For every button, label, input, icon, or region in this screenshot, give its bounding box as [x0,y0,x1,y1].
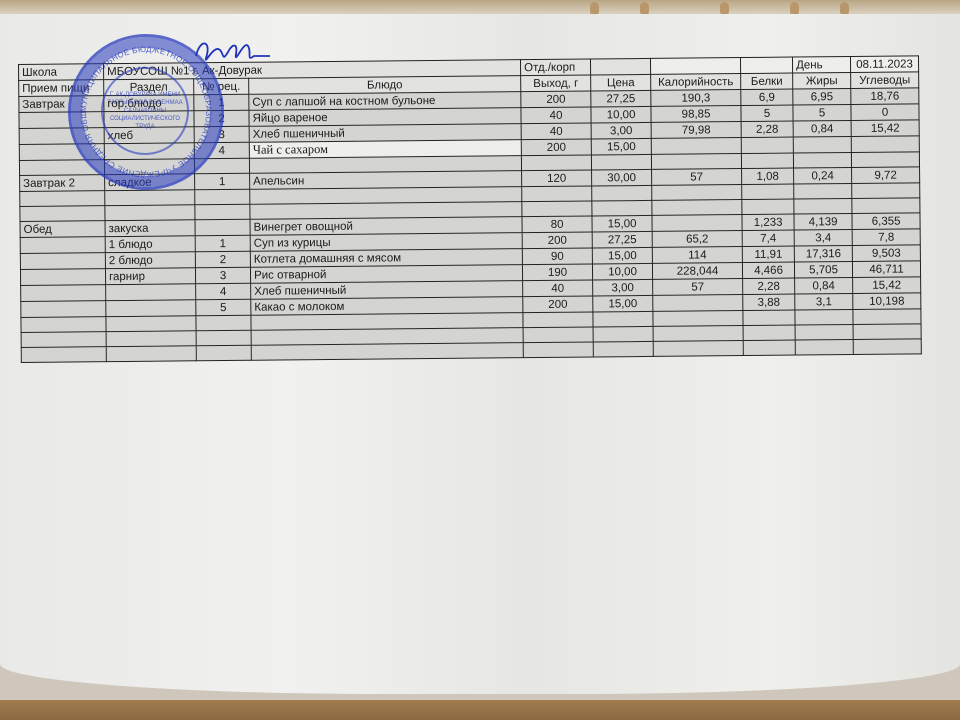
meal-cell [19,160,104,176]
calories-cell: 190,3 [651,90,741,107]
day-label: День [793,57,851,74]
section-cell [104,143,194,160]
carbs-cell: 15,42 [853,277,921,294]
col-header-fat: Жиры [793,73,851,90]
desk-surface [0,700,960,720]
col-header-protein: Белки [741,73,793,89]
price-cell: 30,00 [592,169,652,186]
protein-cell [743,325,795,340]
yield-cell: 90 [522,248,592,265]
carbs-cell: 10,198 [853,293,921,310]
recipe-cell [195,204,250,220]
protein-cell: 6,9 [741,89,793,105]
price-cell [593,311,653,327]
protein-cell: 7,4 [742,230,794,246]
meal-cell [19,112,104,129]
menu-table: Школа МБОУСОШ №1 г. Ак-Довурак Отд./корп… [18,55,922,363]
yield-cell: 200 [521,91,591,108]
price-cell [592,200,652,216]
col-header-recipe: № рец. [194,78,249,95]
calories-cell [653,326,743,342]
fat-cell: 3,1 [795,293,853,310]
protein-cell [741,153,793,168]
recipe-cell [194,158,249,174]
recipe-cell: 4 [194,142,249,159]
fat-cell: 0,24 [794,168,852,185]
recipe-cell: 3 [194,126,249,143]
meal-cell [20,253,105,270]
meal-cell [21,317,106,333]
price-cell: 15,00 [593,295,653,312]
col-header-yield: Выход, г [521,75,591,92]
section-cell [105,190,195,206]
col-header-meal: Прием пищи [19,80,104,97]
carbs-cell [852,198,920,214]
calories-cell [653,311,743,327]
yield-cell: 200 [521,139,591,156]
calories-cell: 79,98 [651,122,741,139]
calories-cell: 114 [652,247,742,264]
yield-cell [522,201,592,217]
calories-cell [653,341,743,357]
carbs-cell: 9,503 [852,245,920,262]
meal-cell [21,301,106,318]
meal-cell [19,144,104,161]
price-cell: 27,25 [592,231,652,248]
fat-cell: 5 [793,105,851,122]
department-label: Отд./корп [521,59,591,76]
fat-cell [795,309,853,325]
fat-cell: 3,4 [794,230,852,247]
meal-cell [20,206,105,222]
yield-cell [521,155,591,171]
protein-cell [743,310,795,325]
recipe-cell [196,330,251,346]
section-cell [106,284,196,301]
calories-cell: 57 [653,279,743,296]
section-cell [106,331,196,347]
carbs-cell: 46,711 [852,261,920,278]
yield-cell [523,312,593,328]
section-cell [104,111,194,128]
calories-cell: 228,044 [652,263,742,280]
section-cell [106,316,196,332]
recipe-cell: 2 [195,251,250,268]
recipe-cell [195,189,250,205]
fat-cell [795,339,853,355]
protein-cell: 4,466 [742,262,794,278]
yield-cell: 40 [521,123,591,140]
carbs-cell [853,339,921,355]
yield-cell: 190 [522,264,592,281]
yield-cell [522,186,592,202]
carbs-cell: 15,42 [851,120,919,137]
price-cell: 27,25 [591,90,651,107]
col-header-section: Раздел [104,79,194,96]
price-cell [592,185,652,201]
section-cell: 1 блюдо [105,236,195,253]
calories-cell [652,215,742,232]
recipe-cell: 1 [195,173,250,190]
fat-cell: 0,84 [793,121,851,138]
fat-cell [794,184,852,200]
carbs-cell: 18,76 [851,88,919,105]
menu-document: Школа МБОУСОШ №1 г. Ак-Довурак Отд./корп… [18,55,921,363]
protein-cell: 3,88 [743,294,795,310]
yield-cell: 80 [522,216,592,233]
calories-cell [652,200,742,216]
price-cell: 10,00 [592,263,652,280]
meal-cell [21,332,106,348]
yield-cell: 40 [523,280,593,297]
price-cell [591,154,651,170]
carbs-cell: 0 [851,104,919,121]
fat-cell [793,153,851,169]
recipe-cell: 5 [196,299,251,316]
protein-cell: 11,91 [742,246,794,262]
recipe-cell: 2 [194,110,249,127]
protein-cell: 1,233 [742,214,794,230]
yield-cell [523,327,593,343]
protein-cell [742,199,794,214]
protein-cell: 2,28 [743,278,795,294]
carbs-cell: 6,355 [852,213,920,230]
section-cell: сладкое [105,174,195,191]
section-cell: гарнир [105,268,195,285]
carbs-cell [852,183,920,199]
calories-cell: 57 [652,169,742,186]
recipe-cell: 1 [195,235,250,252]
recipe-cell [196,345,251,361]
price-cell [593,341,653,357]
price-cell: 15,00 [592,215,652,232]
price-cell: 10,00 [591,106,651,123]
date-value: 08.11.2023 [850,56,918,73]
price-cell: 15,00 [592,247,652,264]
fat-cell: 0,84 [795,277,853,294]
protein-cell: 2,28 [741,121,793,137]
section-cell: закуска [105,220,195,237]
carbs-cell [851,152,919,168]
carbs-cell [851,136,919,153]
section-cell [104,159,194,175]
blank-cell [651,58,741,75]
protein-cell: 5 [741,105,793,121]
carbs-cell: 9,72 [852,167,920,184]
meal-cell [20,237,105,254]
section-cell: хлеб [104,127,194,144]
calories-cell [651,154,741,170]
protein-cell [742,184,794,199]
recipe-cell [196,315,251,331]
section-cell [106,346,196,362]
fat-cell: 6,95 [793,89,851,106]
meal-cell [21,285,106,302]
carbs-cell: 7,8 [852,229,920,246]
recipe-cell: 3 [195,267,250,284]
fat-cell [793,137,851,154]
col-header-calories: Калорийность [651,74,741,91]
fat-cell: 4,139 [794,214,852,231]
fat-cell: 5,705 [794,261,852,278]
protein-cell [741,137,793,153]
calories-cell [653,295,743,312]
price-cell: 3,00 [593,279,653,296]
calories-cell [652,185,742,201]
meal-cell [20,269,105,286]
section-cell: гор.блюдо [104,95,194,112]
yield-cell: 200 [522,232,592,249]
carbs-cell [853,309,921,325]
section-cell: 2 блюдо [105,252,195,269]
meal-cell [21,347,106,363]
protein-cell [743,340,795,355]
price-cell [593,326,653,342]
yield-cell [523,342,593,358]
meal-cell: Завтрак 2 [20,175,105,192]
section-cell [105,205,195,221]
price-cell: 3,00 [591,122,651,139]
school-label: Школа [19,64,104,81]
yield-cell: 40 [521,107,591,124]
blank-cell [741,57,793,73]
carbs-cell [853,324,921,340]
dish-cell [251,343,523,361]
meal-cell: Завтрак [19,96,104,113]
protein-cell: 1,08 [742,168,794,184]
calories-cell: 98,85 [651,106,741,123]
yield-cell: 120 [522,170,592,187]
fat-cell [795,324,853,340]
recipe-cell: 4 [196,283,251,300]
recipe-cell [195,219,250,236]
meal-cell: Обед [20,221,105,238]
price-cell: 15,00 [591,138,651,155]
yield-cell: 200 [523,296,593,313]
recipe-cell: 1 [194,94,249,111]
department-value [591,58,651,75]
col-header-price: Цена [591,74,651,91]
meal-cell [20,191,105,207]
section-cell [106,300,196,317]
meal-cell [19,128,104,145]
calories-cell: 65,2 [652,231,742,248]
calories-cell [651,138,741,155]
col-header-carbs: Углеводы [851,72,919,89]
fat-cell: 17,316 [794,245,852,262]
fat-cell [794,199,852,215]
